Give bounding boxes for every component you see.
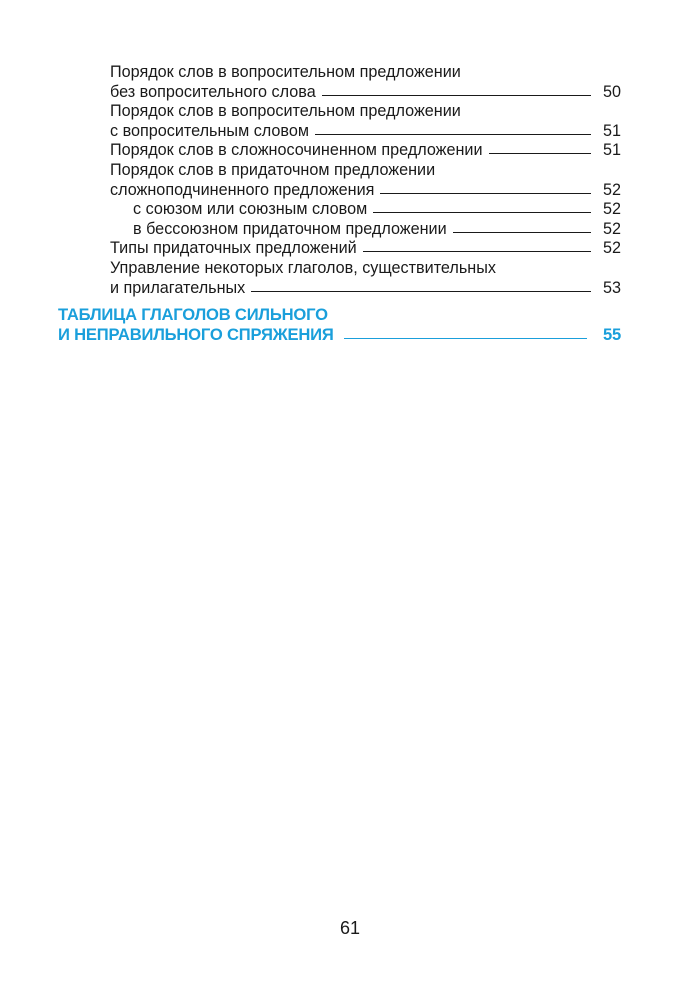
leader-line: [453, 232, 591, 233]
toc-page-number: 52: [599, 181, 621, 201]
toc-page-number: 52: [599, 239, 621, 259]
toc-subentry[interactable]: с союзом или союзным словом52: [110, 200, 621, 220]
leader-line: [322, 95, 591, 96]
toc-entry-text: и прилагательных: [110, 279, 245, 299]
toc-page-number: 50: [599, 83, 621, 103]
section-title-line: И НЕПРАВИЛЬНОГО СПРЯЖЕНИЯ: [58, 325, 334, 345]
leader-line: [315, 134, 591, 135]
toc-page-number: 52: [599, 220, 621, 240]
toc-entry-text: Порядок слов в вопросительном предложени…: [110, 102, 461, 122]
toc-entry-text: с союзом или союзным словом: [133, 200, 367, 220]
toc-entry[interactable]: Порядок слов в сложносочиненном предложе…: [110, 141, 621, 161]
toc-page-number: 52: [599, 200, 621, 220]
toc-page-number: 51: [599, 122, 621, 142]
toc-entry-text: Управление некоторых глаголов, существит…: [110, 259, 496, 279]
toc-entry[interactable]: Типы придаточных предложений52: [110, 239, 621, 259]
leader-line: [344, 338, 587, 339]
leader-line: [373, 212, 591, 213]
toc-entry[interactable]: Порядок слов в вопросительном предложени…: [110, 63, 621, 102]
leader-line: [251, 291, 591, 292]
page-number: 61: [0, 918, 700, 939]
leader-line: [363, 251, 591, 252]
toc-entry-text: сложноподчиненного предложения: [110, 181, 374, 201]
toc-page-number: 51: [599, 141, 621, 161]
toc-entry-text: Типы придаточных предложений: [110, 239, 357, 259]
toc-section-heading[interactable]: ТАБЛИЦА ГЛАГОЛОВ СИЛЬНОГО И НЕПРАВИЛЬНОГ…: [58, 305, 621, 345]
toc-entry-text: Порядок слов в придаточном предложении: [110, 161, 435, 181]
table-of-contents: Порядок слов в вопросительном предложени…: [110, 63, 621, 298]
section-title-line: ТАБЛИЦА ГЛАГОЛОВ СИЛЬНОГО: [58, 305, 328, 325]
toc-entry-text: Порядок слов в сложносочиненном предложе…: [110, 141, 483, 161]
toc-entry-text: с вопросительным словом: [110, 122, 309, 142]
leader-line: [380, 193, 591, 194]
toc-entry[interactable]: Порядок слов в вопросительном предложени…: [110, 102, 621, 141]
toc-entry[interactable]: Управление некоторых глаголов, существит…: [110, 259, 621, 298]
leader-line: [489, 153, 592, 154]
section-page-number: 55: [595, 325, 621, 345]
toc-entry-text: Порядок слов в вопросительном предложени…: [110, 63, 461, 83]
toc-entry-text: без вопросительного слова: [110, 83, 316, 103]
toc-subentry[interactable]: в бессоюзном придаточном предложении52: [110, 220, 621, 240]
toc-page-number: 53: [599, 279, 621, 299]
toc-entry[interactable]: Порядок слов в придаточном предложении с…: [110, 161, 621, 200]
toc-entry-text: в бессоюзном придаточном предложении: [133, 220, 447, 240]
